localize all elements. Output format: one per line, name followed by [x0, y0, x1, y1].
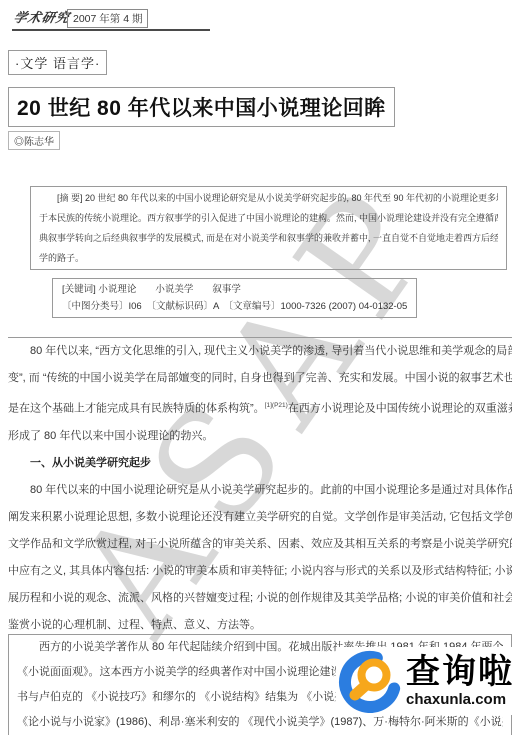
site-name: 查询啦 [406, 653, 514, 691]
paragraph-line: 展历程和小说的观念、流派、风格的兴替嬗变过程; 小说的创作规律及其美学品格; 小… [8, 585, 512, 612]
paragraph-line: 阐发来积累小说理论思想, 多数小说理论还没有建立美学研究的自觉。文学创作是审美活… [8, 504, 512, 531]
section-heading: 一、从小说美学研究起步 [8, 450, 512, 477]
paragraph-line-with-citation: 是在这个基础上才能完成具有民族特质的体系构筑”。[1](P21)在西方小说理论及… [8, 392, 512, 423]
site-domain: chaxunla.com [406, 691, 506, 709]
paragraph-line: 文学作品和文学欣赏过程, 对于小说所蕴含的审美关系、因素、效应及其相互关系的考察… [8, 531, 512, 558]
magnifier-icon [338, 649, 402, 713]
classification-line: 〔中图分类号〕I06 〔文献标识码〕A 〔文章编号〕1000-7326 (200… [62, 298, 407, 315]
abstract-line: 于本民族的传统小说理论。西方叙事学的引入促进了中国小说理论的建构。然而, 中国小… [39, 208, 498, 228]
header-underline [12, 29, 210, 31]
keywords-box: [关键词] 小说理论 小说美学 叙事学 〔中图分类号〕I06 〔文献标识码〕A … [52, 278, 417, 318]
article-title: 20 世纪 80 年代以来中国小说理论回眸 [8, 87, 395, 127]
site-logo[interactable]: 查询啦 chaxunla.com [336, 647, 518, 715]
paragraph-line: 变”, 而 “传统的中国小说美学在局部嬗变的同时, 自身也得到了完善、充实和发展… [8, 365, 512, 392]
paragraph-line: 80 年代以来, “西方文化思维的引入, 现代主义小说美学的渗透, 导引着当代小… [8, 338, 512, 365]
author-name: ◎陈志华 [8, 131, 60, 150]
body-text-block: 80 年代以来, “西方文化思维的引入, 现代主义小说美学的渗透, 导引着当代小… [8, 337, 512, 639]
abstract-line: 学的路子。 [39, 248, 498, 268]
abstract-box: [摘 要] 20 世纪 80 年代以来的中国小说理论研究是从小说美学研究起步的,… [30, 186, 507, 270]
paragraph-line: 形成了 80 年代以来中国小说理论的勃兴。 [8, 423, 512, 450]
paragraph-text: 在西方小说理论及中国传统小说理论的双重滋养下, [288, 403, 512, 415]
keywords-line: [关键词] 小说理论 小说美学 叙事学 [62, 281, 407, 298]
paragraph-line: 中应有之义, 其具体内容包括: 小说的审美本质和审美特征; 小说内容与形式的关系… [8, 558, 512, 585]
issue-number-box: 2007 年第 4 期 [67, 9, 148, 28]
abstract-line: 典叙事学转向之后经典叙事学的发展模式, 而是在对小说美学和叙事学的兼收并蓄中, … [39, 228, 498, 248]
section-label: ·文学 语言学· [8, 50, 107, 75]
paragraph-line: 80 年代以来的中国小说理论研究是从小说美学研究起步的。此前的中国小说理论多是通… [8, 477, 512, 504]
abstract-line: [摘 要] 20 世纪 80 年代以来的中国小说理论研究是从小说美学研究起步的,… [39, 188, 498, 208]
journal-name-calligraphy: 学术研究 [12, 7, 72, 26]
document-page: ASAP 学术研究 2007 年第 4 期 ·文学 语言学· 20 世纪 80 … [0, 0, 520, 735]
citation-marker: [1](P21) [265, 402, 288, 409]
paragraph-text: 是在这个基础上才能完成具有民族特质的体系构筑”。 [8, 403, 265, 415]
